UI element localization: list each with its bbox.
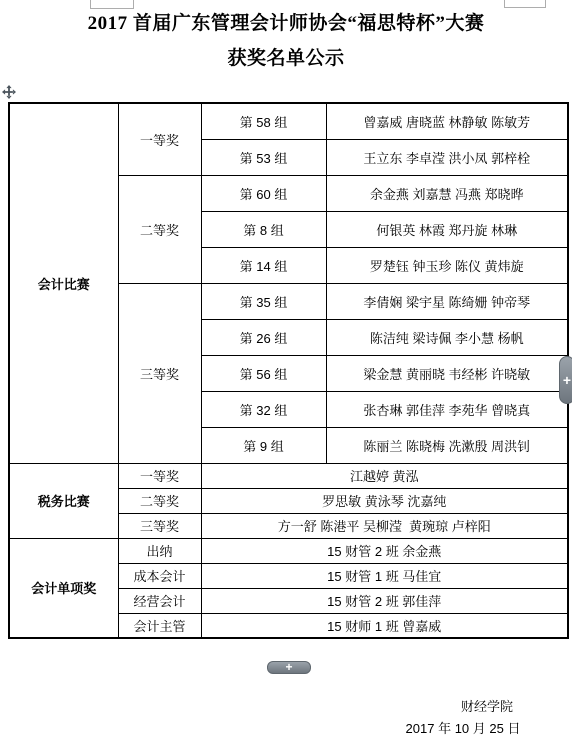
group-cell: 第 8 组 — [201, 211, 326, 247]
table-move-handle-icon[interactable] — [2, 85, 16, 99]
winner-names-cell: 陈丽兰 陈晓梅 冼漱殷 周洪钊 — [326, 427, 568, 463]
category-cell: 会计比赛 — [9, 103, 118, 463]
award-level-cell: 出纳 — [118, 538, 201, 563]
footer-organization: 财经学院 — [427, 696, 547, 715]
group-cell: 第 9 组 — [201, 427, 326, 463]
plus-icon: + — [563, 372, 571, 388]
add-column-button[interactable]: + — [559, 356, 572, 404]
group-cell: 第 60 组 — [201, 175, 326, 211]
group-cell: 第 14 组 — [201, 247, 326, 283]
winner-names-cell: 15 财管 2 班 余金燕 — [201, 538, 568, 563]
plus-icon: + — [285, 662, 292, 673]
winner-names-cell: 何银英 林霞 郑丹旋 林琳 — [326, 211, 568, 247]
add-row-button[interactable]: + — [267, 661, 311, 674]
group-cell: 第 53 组 — [201, 139, 326, 175]
award-level-cell: 会计主管 — [118, 613, 201, 638]
table-row: 会计单项奖 出纳 15 财管 2 班 余金燕 — [9, 538, 568, 563]
group-cell: 第 58 组 — [201, 103, 326, 139]
winner-names-cell: 15 财师 1 班 曾嘉威 — [201, 613, 568, 638]
winner-names-cell: 张杏琳 郭佳萍 李苑华 曾晓真 — [326, 391, 568, 427]
award-level-cell: 成本会计 — [118, 563, 201, 588]
category-cell: 会计单项奖 — [9, 538, 118, 638]
four-way-arrow-icon — [2, 85, 16, 99]
group-cell: 第 56 组 — [201, 355, 326, 391]
winner-names-cell: 余金燕 刘嘉慧 冯燕 郑晓晔 — [326, 175, 568, 211]
winner-names-cell: 王立东 李卓滢 洪小凤 郭梓栓 — [326, 139, 568, 175]
award-level-cell: 三等奖 — [118, 513, 201, 538]
group-cell: 第 26 组 — [201, 319, 326, 355]
toolbar-fragment-right — [504, 0, 546, 8]
winner-names-cell: 方一舒 陈港平 吴柳滢 黄琬琼 卢梓阳 — [201, 513, 568, 538]
category-cell: 税务比赛 — [9, 463, 118, 538]
winner-names-cell: 江越婷 黄泓 — [201, 463, 568, 488]
winner-names-cell: 李倩娴 梁宇星 陈绮姗 钟帝琴 — [326, 283, 568, 319]
group-cell: 第 35 组 — [201, 283, 326, 319]
award-level-cell: 二等奖 — [118, 488, 201, 513]
awards-table: 会计比赛 一等奖 第 58 组 曾嘉威 唐晓蓝 林静敏 陈敏芳 第 53 组 王… — [8, 102, 569, 639]
award-level-cell: 一等奖 — [118, 463, 201, 488]
winner-names-cell: 梁金慧 黄丽晓 韦经彬 许晓敏 — [326, 355, 568, 391]
winner-names-cell: 15 财管 2 班 郭佳萍 — [201, 588, 568, 613]
winner-names-cell: 陈洁纯 梁诗佩 李小慧 杨帆 — [326, 319, 568, 355]
winner-names-cell: 15 财管 1 班 马佳宜 — [201, 563, 568, 588]
award-level-cell: 经营会计 — [118, 588, 201, 613]
document-title-line2: 获奖名单公示 — [0, 43, 572, 70]
footer-date: 2017 年 10 月 25 日 — [393, 718, 533, 737]
table-row: 会计比赛 一等奖 第 58 组 曾嘉威 唐晓蓝 林静敏 陈敏芳 — [9, 103, 568, 139]
winner-names-cell: 罗思敏 黄泳琴 沈嘉纯 — [201, 488, 568, 513]
award-level-cell: 二等奖 — [118, 175, 201, 283]
award-level-cell: 三等奖 — [118, 283, 201, 463]
winner-names-cell: 罗楚钰 钟玉珍 陈仪 黄炜旋 — [326, 247, 568, 283]
winner-names-cell: 曾嘉威 唐晓蓝 林静敏 陈敏芳 — [326, 103, 568, 139]
group-cell: 第 32 组 — [201, 391, 326, 427]
award-level-cell: 一等奖 — [118, 103, 201, 175]
document-title-line1: 2017 首届广东管理会计师协会“福思特杯”大赛 — [0, 8, 572, 35]
table-row: 税务比赛 一等奖 江越婷 黄泓 — [9, 463, 568, 488]
